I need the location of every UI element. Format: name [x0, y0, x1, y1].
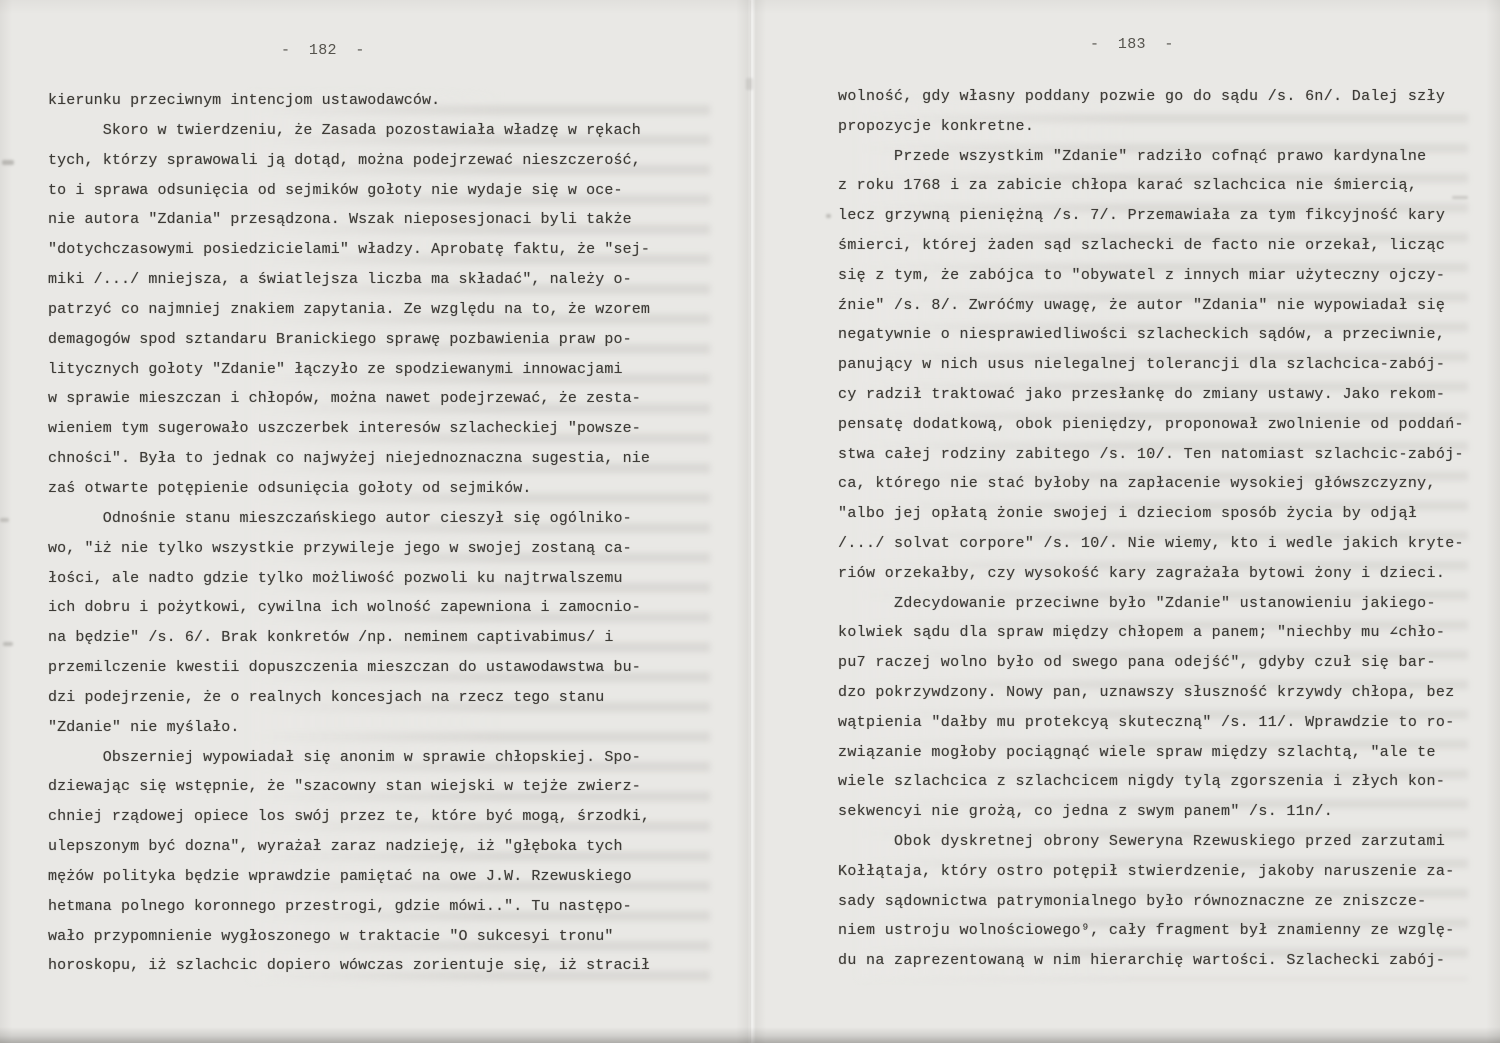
page-number-header-183: - 183 - [1090, 36, 1174, 53]
text-line: "dotychczasowymi posiedzicielami" władzy… [48, 235, 650, 265]
text-line: panujący w nich usus nielegalnej toleran… [838, 350, 1464, 380]
text-line: chności". Była to jednak co najwyżej nie… [48, 444, 650, 474]
text-line: wieniem tym sugerowało uszczerbek intere… [48, 414, 650, 444]
text-line: dzo pokrzywdzony. Nowy pan, uznawszy słu… [838, 678, 1464, 708]
text-line: Zdecydowanie przeciwne było "Zdanie" ust… [838, 589, 1464, 619]
text-line: sady sądownictwa patrymonialnego było ró… [838, 887, 1464, 917]
text-line: związanie mogłoby pociągnąć wiele spraw … [838, 738, 1464, 768]
text-line: kierunku przeciwnym intencjom ustawodawc… [48, 86, 650, 116]
scan-artifact [3, 642, 13, 646]
text-line: śmierci, której żaden sąd szlachecki de … [838, 231, 1464, 261]
text-line: w sprawie mieszczan i chłopów, można naw… [48, 384, 650, 414]
text-line: mężów polityka będzie wprawdzie pamiętać… [48, 862, 650, 892]
text-line: /.../ solvat corpore" /s. 10/. Nie wiemy… [838, 529, 1464, 559]
scan-artifact [2, 160, 14, 165]
text-line: pu7 raczej wolno było od swego pana odej… [838, 648, 1464, 678]
text-line: chniej rządowej opiece los swój przez te… [48, 802, 650, 832]
text-line: miki /.../ mniejsza, a światlejsza liczb… [48, 265, 650, 295]
page-fold-shadow [736, 0, 766, 1043]
text-line: dzi podejrzenie, że o realnych koncesjac… [48, 683, 650, 713]
scan-artifact [0, 518, 9, 522]
text-line: cy radził traktować jako przesłankę do z… [838, 380, 1464, 410]
text-line: łości, ale nadto gdzie tylko możliwość p… [48, 564, 650, 594]
text-line: hetmana polnego koronnego przestrogi, gd… [48, 892, 650, 922]
text-line: stwa całej rodziny zabitego /s. 10/. Ten… [838, 440, 1464, 470]
text-line: "albo jej opłatą żonie swojej i dzieciom… [838, 499, 1464, 529]
text-line: Skoro w twierdzeniu, że Zasada pozostawi… [48, 116, 650, 146]
scan-bottom-edge [0, 1027, 1500, 1043]
text-line: przemilczenie kwestii dopuszczenia miesz… [48, 653, 650, 683]
text-line: litycznych gołoty "Zdanie" łączyło ze sp… [48, 355, 650, 385]
scan-artifact [746, 78, 753, 90]
text-line: du na zaprezentowaną w nim hierarchię wa… [838, 946, 1464, 976]
text-line: Obok dyskretnej obrony Seweryna Rzewuski… [838, 827, 1464, 857]
text-line: ulepszonym być dozna", wyrażał zaraz nad… [48, 832, 650, 862]
text-line: wolność, gdy własny poddany pozwie go do… [838, 82, 1464, 112]
text-line: wiele szlachcica z szlachcicem nigdy tyl… [838, 767, 1464, 797]
text-line: źnie" /s. 8/. Zwróćmy uwagę, że autor "Z… [838, 291, 1464, 321]
text-line: negatywnie o niesprawiedliwości szlachec… [838, 320, 1464, 350]
scanned-book-spread: - 182 - - 183 - kierunku przeciwnym inte… [0, 0, 1500, 1043]
text-line: niem ustroju wolnościowego⁹, cały fragme… [838, 916, 1464, 946]
text-line: to i sprawa odsunięcia od sejmików gołot… [48, 176, 650, 206]
text-line: propozycje konkretne. [838, 112, 1464, 142]
text-line: Przede wszystkim "Zdanie" radziło cofnąć… [838, 142, 1464, 172]
text-line: riów orzekałby, czy wysokość kary zagraż… [838, 559, 1464, 589]
text-line: na będzie" /s. 6/. Brak konkretów /np. n… [48, 623, 650, 653]
text-line: demagogów spod sztandaru Branickiego spr… [48, 325, 650, 355]
page-183-text: wolność, gdy własny poddany pozwie go do… [838, 82, 1464, 976]
text-line: patrzyć co najmniej znakiem zapytania. Z… [48, 295, 650, 325]
text-line: lecz grzywną pieniężną /s. 7/. Przemawia… [838, 201, 1464, 231]
text-line: się z tym, że zabójca to "obywatel z inn… [838, 261, 1464, 291]
text-line: sekwencyi nie grożą, co jedna z swym pan… [838, 797, 1464, 827]
text-line: wątpienia "dałby mu protekcyą skuteczną"… [838, 708, 1464, 738]
text-line: Odnośnie stanu mieszczańskiego autor cie… [48, 504, 650, 534]
text-line: pensatę dodatkową, obok pieniędzy, propo… [838, 410, 1464, 440]
text-line: wało przypomnienie wygłoszonego w trakta… [48, 922, 650, 952]
text-line: Obszerniej wypowiadał się anonim w spraw… [48, 743, 650, 773]
text-line: horoskopu, iż szlachcic dopiero wówczas … [48, 951, 650, 981]
text-line: wo, "iż nie tylko wszystkie przywileje j… [48, 534, 650, 564]
text-line: zaś otwarte potępienie odsunięcia gołoty… [48, 474, 650, 504]
page-number-header-182: - 182 - [281, 42, 365, 59]
text-line: tych, którzy sprawowali ją dotąd, można … [48, 146, 650, 176]
page-182-text: kierunku przeciwnym intencjom ustawodawc… [48, 86, 650, 981]
text-line: ca, którego nie stać byłoby na zapłaceni… [838, 469, 1464, 499]
text-line: kolwiek sądu dla spraw między chłopem a … [838, 618, 1464, 648]
text-line: Kołłątaja, który ostro potępił stwierdze… [838, 857, 1464, 887]
text-line: z roku 1768 i za zabicie chłopa karać sz… [838, 171, 1464, 201]
text-line: dziewając się wstępnie, że "szacowny sta… [48, 772, 650, 802]
scan-artifact [826, 214, 831, 218]
text-line: "Zdanie" nie myślało. [48, 713, 650, 743]
text-line: nie autora "Zdania" przesądzona. Wszak n… [48, 205, 650, 235]
text-line: ich dobru i pożytkowi, cywilna ich wolno… [48, 593, 650, 623]
